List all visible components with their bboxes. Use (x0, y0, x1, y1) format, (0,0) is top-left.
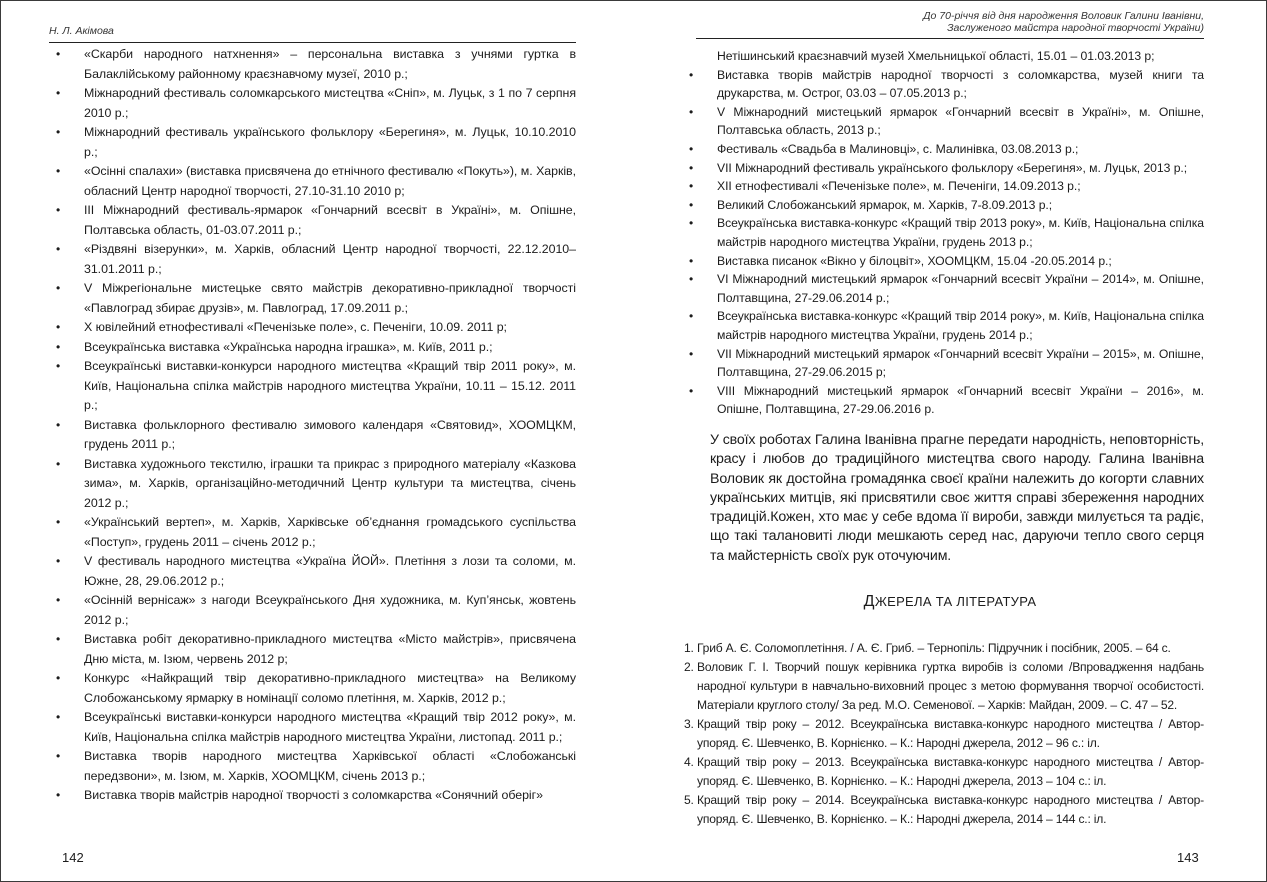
bullet-icon: • (56, 747, 60, 767)
list-item: •VІ Міжнародний мистецький ярмарок «Гонч… (686, 270, 1204, 307)
list-item: •Фестиваль «Свадьба в Малиновці», с. Мал… (686, 140, 1204, 159)
reference-text: Гриб А. Є. Соломоплетіння. / А. Є. Гриб.… (697, 641, 1171, 655)
list-item: •Х ювілейний етнофестивалі «Печенізьке п… (53, 318, 576, 338)
list-item-text: Міжнародний фестиваль соломкарського мис… (84, 86, 576, 120)
running-head-line-2: Заслуженого майстра народної творчості У… (696, 23, 1204, 35)
list-item: •Виставка художнього текстилю, іграшки т… (53, 455, 576, 514)
exhibitions-list-continued: Нетішинський краєзнавчий музей Хмельниць… (686, 47, 1204, 419)
list-item: •Виставка творів народного мистецтва Хар… (53, 747, 576, 786)
reference-item: 5.Кращий твір року – 2014. Всеукраїнська… (684, 791, 1204, 829)
bullet-icon: • (56, 552, 60, 572)
reference-number: 1. (684, 639, 694, 658)
reference-number: 3. (684, 715, 694, 734)
list-item-text: Всеукраїнські виставки-конкурси народног… (84, 710, 576, 744)
list-item-text: Виставка художнього текстилю, іграшки та… (84, 457, 576, 510)
list-item-text: VІІІ Міжнародний мистецький ярмарок «Гон… (717, 384, 1204, 417)
bullet-icon: • (56, 45, 60, 65)
list-item-text: Виставка робіт декоративно-прикладного м… (84, 632, 576, 666)
list-item-text: Всеукраїнські виставки-конкурси народног… (84, 359, 576, 412)
sources-heading: ДЖЕРЕЛА ТА ЛІТЕРАТУРА (696, 593, 1204, 611)
list-item-text: Виставка творів народного мистецтва Харк… (84, 749, 576, 783)
list-item: •Виставка фольклорного фестивалю зимовог… (53, 416, 576, 455)
bullet-icon: • (689, 159, 693, 178)
reference-item: 4.Кращий твір року – 2013. Всеукраїнська… (684, 753, 1204, 791)
list-item: •V Міжрегіональне мистецьке свято майстр… (53, 279, 576, 318)
list-item-text: ІІІ Міжнародний фестиваль-ярмарок «Гонча… (84, 203, 576, 237)
bullet-icon: • (56, 123, 60, 143)
list-item-text: VІ Міжнародний мистецький ярмарок «Гонча… (717, 272, 1204, 305)
list-item: •Всеукраїнська виставка-конкурс «Кращий … (686, 307, 1204, 344)
bullet-icon: • (56, 455, 60, 475)
sources-heading-rest: ЖЕРЕЛА ТА ЛІТЕРАТУРА (875, 594, 1037, 609)
reference-number: 2. (684, 658, 694, 677)
list-item: •Всеукраїнські виставки-конкурси народно… (53, 357, 576, 416)
references-list: 1.Гриб А. Є. Соломоплетіння. / А. Є. Гри… (684, 639, 1204, 829)
list-item: •Конкурс «Найкращий твір декоративно-при… (53, 669, 576, 708)
bullet-icon: • (689, 140, 693, 159)
list-item: •«Український вертеп», м. Харків, Харків… (53, 513, 576, 552)
list-item: •«Різдвяні візерунки», м. Харків, обласн… (53, 240, 576, 279)
reference-number: 5. (684, 791, 694, 810)
reference-item: 3.Кращий твір року – 2012. Всеукраїнська… (684, 715, 1204, 753)
exhibitions-list: •«Скарби народного натхнення» – персонал… (53, 45, 576, 806)
list-item-text: Великий Слобожанський ярмарок, м. Харків… (717, 198, 1052, 212)
list-item: •Виставка писанок «Вікно у білоцвіт», ХО… (686, 252, 1204, 271)
list-item: •Виставка творів майстрів народної творч… (686, 66, 1204, 103)
list-item: •Всеукраїнська виставка «Українська наро… (53, 338, 576, 358)
bullet-icon: • (56, 513, 60, 533)
page-number: 143 (1177, 850, 1199, 865)
list-item: •«Осінні спалахи» (виставка присвячена д… (53, 162, 576, 201)
list-item-text: VІІ Міжнародний фестиваль українського ф… (717, 161, 1187, 175)
bullet-icon: • (56, 338, 60, 358)
bullet-icon: • (689, 270, 693, 289)
bullet-icon: • (56, 201, 60, 221)
list-item: •Всеукраїнська виставка-конкурс «Кращий … (686, 214, 1204, 251)
bullet-icon: • (56, 786, 60, 806)
list-item-text: Виставка писанок «Вікно у білоцвіт», ХОО… (717, 254, 1112, 268)
list-item-text: Всеукраїнська виставка «Українська народ… (84, 340, 493, 354)
list-item-text: Всеукраїнська виставка-конкурс «Кращий т… (717, 216, 1204, 249)
list-item: •Виставка творів майстрів народної творч… (53, 786, 576, 806)
reference-item: 2.Воловик Г. І. Творчий пошук керівника … (684, 658, 1204, 715)
book-spread: Н. Л. Акімова •«Скарби народного натхнен… (0, 0, 1267, 882)
list-item-text: V Міжнародний мистецький ярмарок «Гончар… (717, 105, 1204, 138)
list-item: •V фестиваль народного мистецтва «Україн… (53, 552, 576, 591)
list-item-text: V Міжрегіональне мистецьке свято майстрі… (84, 281, 576, 315)
list-item-text: Х ювілейний етнофестивалі «Печенізьке по… (84, 320, 507, 334)
list-item-text: Виставка творів майстрів народної творчо… (717, 68, 1204, 101)
list-item: •VІІ Міжнародний мистецький ярмарок «Гон… (686, 345, 1204, 382)
list-item: •V Міжнародний мистецький ярмарок «Гонча… (686, 103, 1204, 140)
bullet-icon: • (56, 591, 60, 611)
closing-paragraph: У своїх роботах Галина Іванівна прагне п… (710, 431, 1204, 566)
bullet-icon: • (689, 307, 693, 326)
list-item: •Всеукраїнські виставки-конкурси народно… (53, 708, 576, 747)
list-item: •Виставка робіт декоративно-прикладного … (53, 630, 576, 669)
reference-text: Кращий твір року – 2013. Всеукраїнська в… (697, 755, 1204, 788)
bullet-icon: • (56, 669, 60, 689)
bullet-icon: • (689, 214, 693, 233)
list-item: •«Скарби народного натхнення» – персонал… (53, 45, 576, 84)
list-item-text: «Український вертеп», м. Харків, Харківс… (84, 515, 576, 549)
reference-text: Воловик Г. І. Творчий пошук керівника гу… (697, 660, 1204, 712)
left-page: Н. Л. Акімова •«Скарби народного натхнен… (1, 1, 634, 881)
list-item: •«Осінній вернісаж» з нагоди Всеукраїнсь… (53, 591, 576, 630)
bullet-icon: • (689, 66, 693, 85)
reference-item: 1.Гриб А. Є. Соломоплетіння. / А. Є. Гри… (684, 639, 1204, 658)
list-item: •Міжнародний фестиваль українського фоль… (53, 123, 576, 162)
list-item-text: VІІ Міжнародний мистецький ярмарок «Гонч… (717, 347, 1204, 380)
bullet-icon: • (56, 84, 60, 104)
bullet-icon: • (56, 416, 60, 436)
list-item-text: Фестиваль «Свадьба в Малиновці», с. Мали… (717, 142, 1078, 156)
reference-text: Кращий твір року – 2014. Всеукраїнська в… (697, 793, 1204, 826)
running-head-author: Н. Л. Акімова (49, 25, 576, 43)
right-page: До 70-річчя від дня народження Воловик Г… (634, 1, 1266, 881)
list-item-text: Виставка фольклорного фестивалю зимового… (84, 418, 576, 452)
list-item-text: V фестиваль народного мистецтва «Україна… (84, 554, 576, 588)
bullet-icon: • (689, 345, 693, 364)
bullet-icon: • (56, 240, 60, 260)
list-item-text: «Різдвяні візерунки», м. Харків, обласни… (84, 242, 576, 276)
list-item-text: Всеукраїнська виставка-конкурс «Кращий т… (717, 309, 1204, 342)
list-item-text: Конкурс «Найкращий твір декоративно-прик… (84, 671, 576, 705)
running-head-line-1: До 70-річчя від дня народження Воловик Г… (696, 11, 1204, 23)
running-head-title: До 70-річчя від дня народження Воловик Г… (696, 11, 1204, 39)
list-item: •Великий Слобожанський ярмарок, м. Харкі… (686, 196, 1204, 215)
bullet-icon: • (56, 630, 60, 650)
reference-text: Кращий твір року – 2012. Всеукраїнська в… (697, 717, 1204, 750)
list-item-text: «Скарби народного натхнення» – персональ… (84, 47, 576, 81)
list-item-text: ХІІ етнофестивалі «Печенізьке поле», м. … (717, 179, 1081, 193)
list-item: •ІІІ Міжнародний фестиваль-ярмарок «Гонч… (53, 201, 576, 240)
bullet-icon: • (689, 177, 693, 196)
bullet-icon: • (56, 162, 60, 182)
list-item-continuation: Нетішинський краєзнавчий музей Хмельниць… (686, 47, 1204, 66)
bullet-icon: • (56, 279, 60, 299)
list-item: •ХІІ етнофестивалі «Печенізьке поле», м.… (686, 177, 1204, 196)
list-item-text: «Осінній вернісаж» з нагоди Всеукраїнськ… (84, 593, 576, 627)
list-item-text: Виставка творів майстрів народної творчо… (84, 788, 543, 802)
bullet-icon: • (56, 708, 60, 728)
bullet-icon: • (56, 357, 60, 377)
bullet-icon: • (689, 103, 693, 122)
list-item-text: «Осінні спалахи» (виставка присвячена до… (84, 164, 576, 198)
page-number: 142 (62, 850, 84, 865)
reference-number: 4. (684, 753, 694, 772)
bullet-icon: • (689, 196, 693, 215)
list-item: •VІІІ Міжнародний мистецький ярмарок «Го… (686, 382, 1204, 419)
list-item: •VІІ Міжнародний фестиваль українського … (686, 159, 1204, 178)
bullet-icon: • (56, 318, 60, 338)
list-item: •Міжнародний фестиваль соломкарського ми… (53, 84, 576, 123)
bullet-icon: • (689, 252, 693, 271)
sources-heading-cap: Д (864, 593, 875, 610)
bullet-icon: • (689, 382, 693, 401)
list-item-text: Міжнародний фестиваль українського фольк… (84, 125, 576, 159)
